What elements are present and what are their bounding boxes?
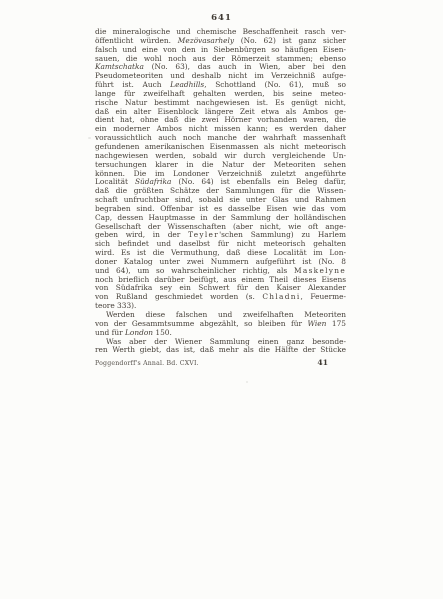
text-segment: (No. 63), das auch in Wien, aber bei den	[144, 62, 346, 71]
text-segment: noch brieflich darüber beifügt, aus eine…	[95, 275, 346, 284]
text-segment: Localität	[95, 177, 135, 186]
text-segment: führt ist. Auch	[95, 80, 170, 89]
text-segment: lange für zweifelhaft gehalten werden, b…	[95, 89, 346, 98]
text-segment: Pseudometeoriten und deshalb nicht im Ve…	[95, 71, 346, 80]
scan-speck	[88, 137, 91, 139]
text-segment: daß die größten Schätze der Sammlungen f…	[95, 186, 346, 195]
text-segment: schaft unfruchtbar sind, sobald sie unte…	[95, 195, 346, 204]
text-segment: von der Gesammtsumme abgezählt, so bleib…	[95, 319, 307, 328]
text-segment: Werden diese falschen und zweifelhaften …	[106, 310, 346, 319]
text-segment: , Schottland (No. 61), muß so	[204, 80, 346, 89]
scan-speck	[246, 381, 248, 383]
letterspaced-name-text: Chladni	[262, 292, 300, 301]
text-segment: teore 333).	[95, 301, 136, 310]
text-segment: geben wird, in der	[95, 230, 188, 239]
text-segment: 150.	[153, 328, 172, 337]
text-segment: 'schen Sammlung) zu Harlem	[219, 230, 346, 239]
text-segment: Gesellschaft der Wissenschaften (aber ni…	[95, 222, 346, 231]
text-segment: und für	[95, 328, 125, 337]
text-segment: die mineralogische und chemische Beschaf…	[95, 27, 346, 36]
body-text-block: die mineralogische und chemische Beschaf…	[95, 28, 346, 355]
page-footer: Poggendorff's Annal. Bd. CXVI. 41	[95, 358, 346, 367]
text-segment: sauen, die wohl noch aus der Römerzeit s…	[95, 54, 346, 63]
text-segment: wird. Es ist die Vermuthung, daß diese L…	[95, 248, 346, 257]
text-segment: tersuchungen klarer in die Natur der Met…	[95, 160, 346, 169]
text-segment: nachgewiesen werden, sobald wir durch ve…	[95, 151, 346, 160]
text-segment: rische Natur bestimmt nachgewiesen ist. …	[95, 98, 346, 107]
text-segment: Was aber der Wiener Sammlung einen ganz …	[106, 337, 346, 346]
text-segment: (No. 62) ist ganz sicher	[234, 36, 346, 45]
text-segment: ein moderner Ambos nicht missen kann; es…	[95, 124, 346, 133]
text-segment: (No. 64) ist ebenfalls ein Beleg dafür,	[171, 177, 346, 186]
italic-locality-text: Südafrika	[135, 177, 171, 186]
text-segment: doner Katalog unter zwei Nummern aufgefü…	[95, 257, 346, 266]
italic-locality-text: Leadhills	[170, 80, 204, 89]
letterspaced-name-text: Maskelyne	[294, 266, 346, 275]
text-segment: , Feuerme-	[300, 292, 346, 301]
page-number: 641	[0, 13, 443, 23]
text-segment: können. Die im Londoner Verzeichniß zule…	[95, 169, 346, 178]
text-segment: von Südafrika sey ein Schwert für den Ka…	[95, 283, 346, 292]
text-segment: 175	[326, 319, 346, 328]
footer-sheet-signature: 41	[317, 358, 346, 367]
text-segment: begraben sind. Offenbar ist es dasselbe …	[95, 204, 346, 213]
italic-locality-text: Mezövasarhely	[178, 36, 234, 45]
text-segment: gefundenen amerikanischen Eisenmassen al…	[95, 142, 346, 151]
text-segment: sich befindet und daselbst für nicht met…	[95, 239, 346, 248]
text-segment: öffentlicht würden.	[95, 36, 178, 45]
footer-journal-reference: Poggendorff's Annal. Bd. CXVI.	[95, 360, 199, 367]
text-segment: und 64), um so wahrscheinlicher richtig,…	[95, 266, 294, 275]
text-segment: daß ein alter Eisenblock längere Zeit et…	[95, 107, 346, 116]
scanned-book-page: 641 die mineralogische und chemische Bes…	[0, 0, 443, 599]
text-segment: falsch und eine von den in Siebenbürgen …	[95, 45, 346, 54]
text-segment: Cap, dessen Hauptmasse in der Sammlung d…	[95, 213, 346, 222]
letterspaced-name-text: Teyler	[188, 230, 219, 239]
italic-locality-text: London	[125, 328, 153, 337]
text-line: ren Werth giebt, das ist, daß mehr als d…	[95, 346, 346, 355]
text-segment: von Rußland geschmiedet worden (s.	[95, 292, 262, 301]
text-segment: voraussichtlich auch noch manche der wah…	[95, 133, 346, 142]
italic-locality-text: Wien	[307, 319, 326, 328]
text-segment: ren Werth giebt, das ist, daß mehr als d…	[95, 345, 346, 354]
text-segment: dient hat, ohne daß die zwei Hörner vorh…	[95, 115, 346, 124]
italic-locality-text: Kamtschatka	[95, 62, 144, 71]
